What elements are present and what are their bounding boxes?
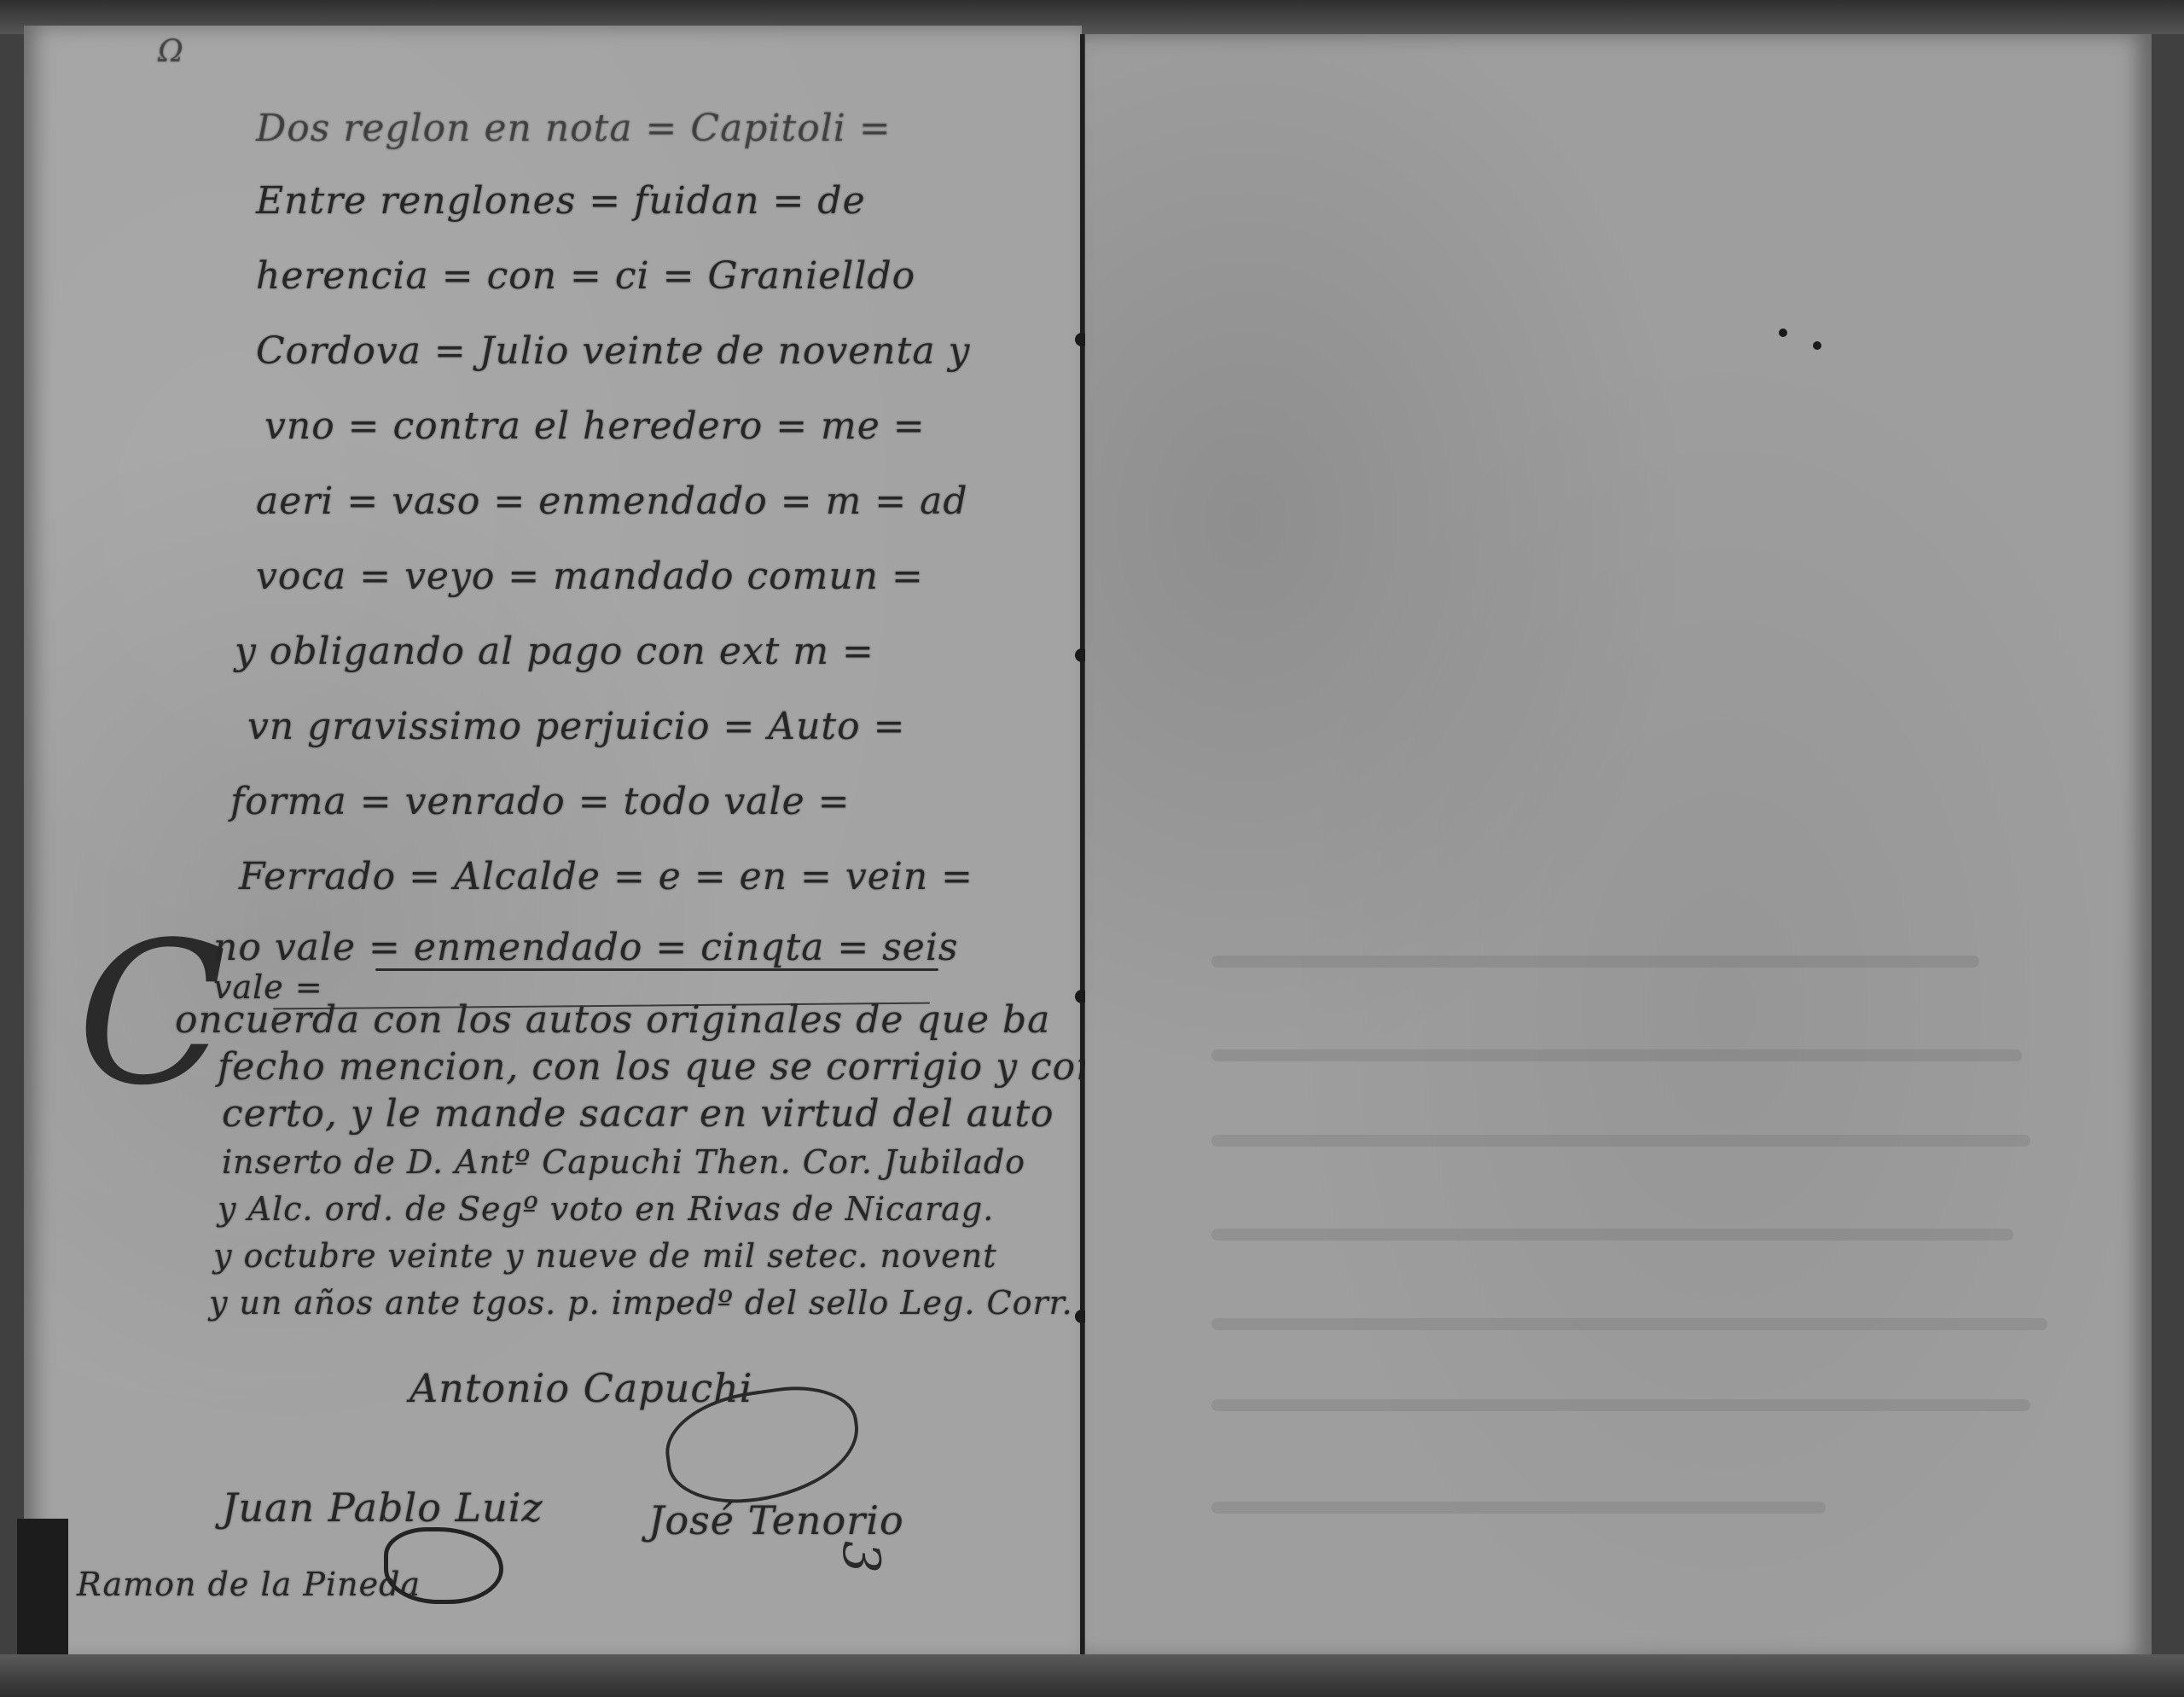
errata-line: herencia = con = ci = Granielldo [256,254,915,298]
margin-mark: Ω [158,34,184,69]
signature-left-below: Ramon de la Pineda [77,1566,421,1603]
bleed-through [1211,1318,2047,1330]
errata-line: aeri = vaso = enmendado = m = ad [256,479,968,523]
bleed-through [1211,1229,2013,1241]
certification-line: y octubre veinte y nueve de mil setec. n… [213,1237,997,1275]
binding-shadow [17,1519,68,1664]
certification-line: fecho mencion, con los que se corrigio y… [218,1045,1101,1089]
signature-right: José Tenorio [648,1497,904,1543]
errata-line: Dos reglon en nota = Capitoli = [256,107,892,150]
bleed-through [1211,1135,2030,1147]
errata-line: forma = venrado = todo vale = [230,780,850,823]
errata-line: y obligando al pago con ext m = [235,630,874,673]
certification-line: oncuerda con los autos originales de que… [175,998,1050,1042]
errata-summary-line: no vale = enmendado = cinqta = seis [213,926,958,969]
bleed-through [1211,1399,2030,1411]
ink-spot [1779,328,1787,337]
signature-left: Juan Pablo Luiz [222,1485,543,1531]
folio-number: 3 [831,1541,891,1573]
binding-gutter [1080,34,1084,1668]
errata-line: Entre renglones = fuidan = de [256,179,866,223]
errata-line: vn gravissimo perjuicio = Auto = [247,705,905,748]
errata-line: Cordova = Julio veinte de noventa y [256,329,970,373]
certification-line: y Alc. ord. de Segº voto en Rivas de Nic… [218,1190,994,1228]
scanner-bottom-edge [0,1654,2184,1697]
certification-line: y un años ante tgos. p. impedº del sello… [209,1284,1073,1322]
scanned-manuscript-spread: Ω Dos reglon en nota = Capitoli = Entre … [0,0,2184,1697]
signature-top: Antonio Capuchi [409,1365,752,1411]
right-page [1085,34,2152,1659]
ink-spot [1813,341,1821,350]
bleed-through [1211,956,1979,968]
certification-line: inserto de D. Antº Capuchi Then. Cor. Ju… [222,1143,1025,1181]
certification-line: certo, y le mande sacar en virtud del au… [222,1092,1054,1136]
errata-line: Ferrado = Alcalde = e = en = vein = [239,855,973,898]
errata-line: vno = contra el heredero = me = [264,404,926,448]
underline-stroke [375,968,938,971]
bleed-through [1211,1049,2022,1061]
bleed-through [1211,1502,1826,1514]
errata-line: voca = veyo = mandado comun = [256,555,924,598]
